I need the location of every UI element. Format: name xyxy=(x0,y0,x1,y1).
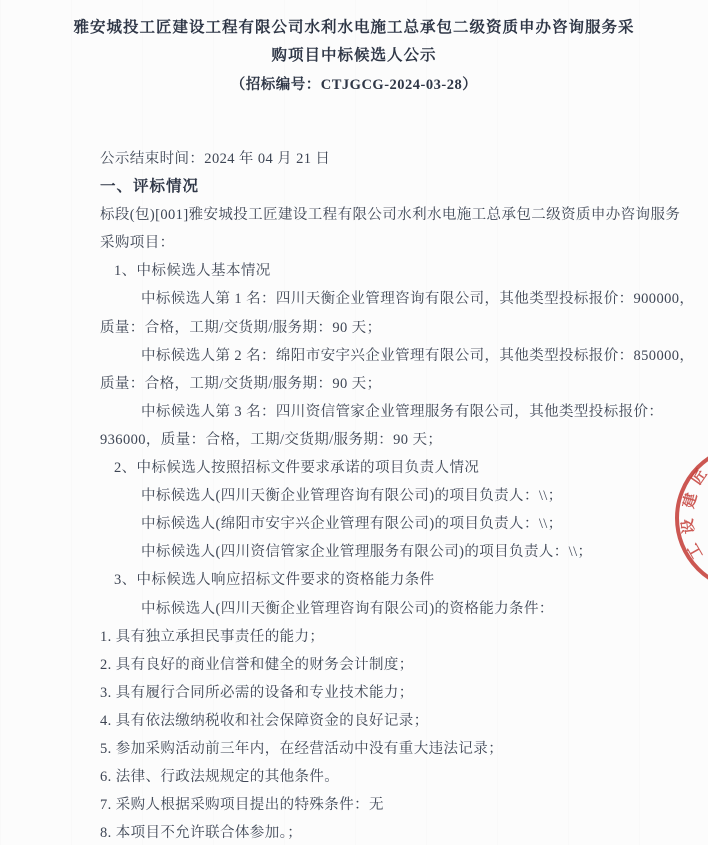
candidate-2-line-1: 中标候选人第 2 名：绵阳市安宇兴企业管理有限公司，其他类型投标报价：85000… xyxy=(100,342,648,370)
qualification-intro: 中标候选人(四川天衡企业管理咨询有限公司)的资格能力条件： xyxy=(100,595,648,623)
bid-section-line-2: 采购项目： xyxy=(100,229,648,257)
seal-character: 建 xyxy=(677,491,701,511)
tender-number: （招标编号：CTJGCG-2024-03-28） xyxy=(0,72,708,99)
subsection-3-heading: 3、中标候选人响应招标文件要求的资格能力条件 xyxy=(100,566,648,594)
project-manager-candidate-1: 中标候选人(四川天衡企业管理咨询有限公司)的项目负责人：\\； xyxy=(100,482,648,510)
candidate-1-line-1: 中标候选人第 1 名：四川天衡企业管理咨询有限公司，其他类型投标报价：90000… xyxy=(100,285,648,313)
qualification-item-2: 2. 具有良好的商业信誉和健全的财务会计制度； xyxy=(100,651,648,679)
candidate-1-line-2: 质量：合格，工期/交货期/服务期：90 天； xyxy=(100,314,648,342)
title-line-2: 购项目中标候选人公示 xyxy=(0,42,708,70)
official-seal: 匠 建 设 工 xyxy=(675,444,708,592)
subsection-1-heading: 1、中标候选人基本情况 xyxy=(100,257,648,285)
section-heading-evaluation: 一、评标情况 xyxy=(100,173,648,201)
subsection-2-heading: 2、中标候选人按照招标文件要求承诺的项目负责人情况 xyxy=(100,454,648,482)
project-manager-candidate-3: 中标候选人(四川资信管家企业管理服务有限公司)的项目负责人：\\； xyxy=(100,538,648,566)
project-manager-candidate-2: 中标候选人(绵阳市安宇兴企业管理有限公司)的项目负责人：\\； xyxy=(100,510,648,538)
bid-section-line-1: 标段(包)[001]雅安城投工匠建设工程有限公司水利水电施工总承包二级资质申办咨… xyxy=(100,201,648,229)
seal-ring-icon xyxy=(675,444,708,592)
qualification-item-1: 1. 具有独立承担民事责任的能力； xyxy=(100,623,648,651)
candidate-3-line-2: 936000，质量：合格，工期/交货期/服务期：90 天； xyxy=(100,426,648,454)
document-body: 公示结束时间：2024 年 04 月 21 日 一、评标情况 标段(包)[001… xyxy=(100,145,648,845)
qualification-item-3: 3. 具有履行合同所必需的设备和专业技术能力； xyxy=(100,679,648,707)
document-title: 雅安城投工匠建设工程有限公司水利水电施工总承包二级资质申办咨询服务采 购项目中标… xyxy=(0,0,708,99)
qualification-item-6: 6. 法律、行政法规规定的其他条件。 xyxy=(100,763,648,791)
seal-character: 工 xyxy=(682,540,708,564)
seal-character: 设 xyxy=(676,518,699,536)
candidate-2-line-2: 质量：合格，工期/交货期/服务期：90 天； xyxy=(100,370,648,398)
qualification-item-7: 7. 采购人根据采购项目提出的特殊条件：无 xyxy=(100,791,648,819)
qualification-item-5: 5. 参加采购活动前三年内，在经营活动中没有重大违法记录； xyxy=(100,735,648,763)
seal-character: 匠 xyxy=(686,464,708,488)
title-line-1: 雅安城投工匠建设工程有限公司水利水电施工总承包二级资质申办咨询服务采 xyxy=(0,14,708,42)
publicity-end-time: 公示结束时间：2024 年 04 月 21 日 xyxy=(100,145,648,173)
document-page: 雅安城投工匠建设工程有限公司水利水电施工总承包二级资质申办咨询服务采 购项目中标… xyxy=(0,0,708,845)
qualification-item-8: 8. 本项目不允许联合体参加。； xyxy=(100,819,648,845)
candidate-3-line-1: 中标候选人第 3 名：四川资信管家企业管理服务有限公司，其他类型投标报价： xyxy=(100,398,648,426)
qualification-item-4: 4. 具有依法缴纳税收和社会保障资金的良好记录； xyxy=(100,707,648,735)
